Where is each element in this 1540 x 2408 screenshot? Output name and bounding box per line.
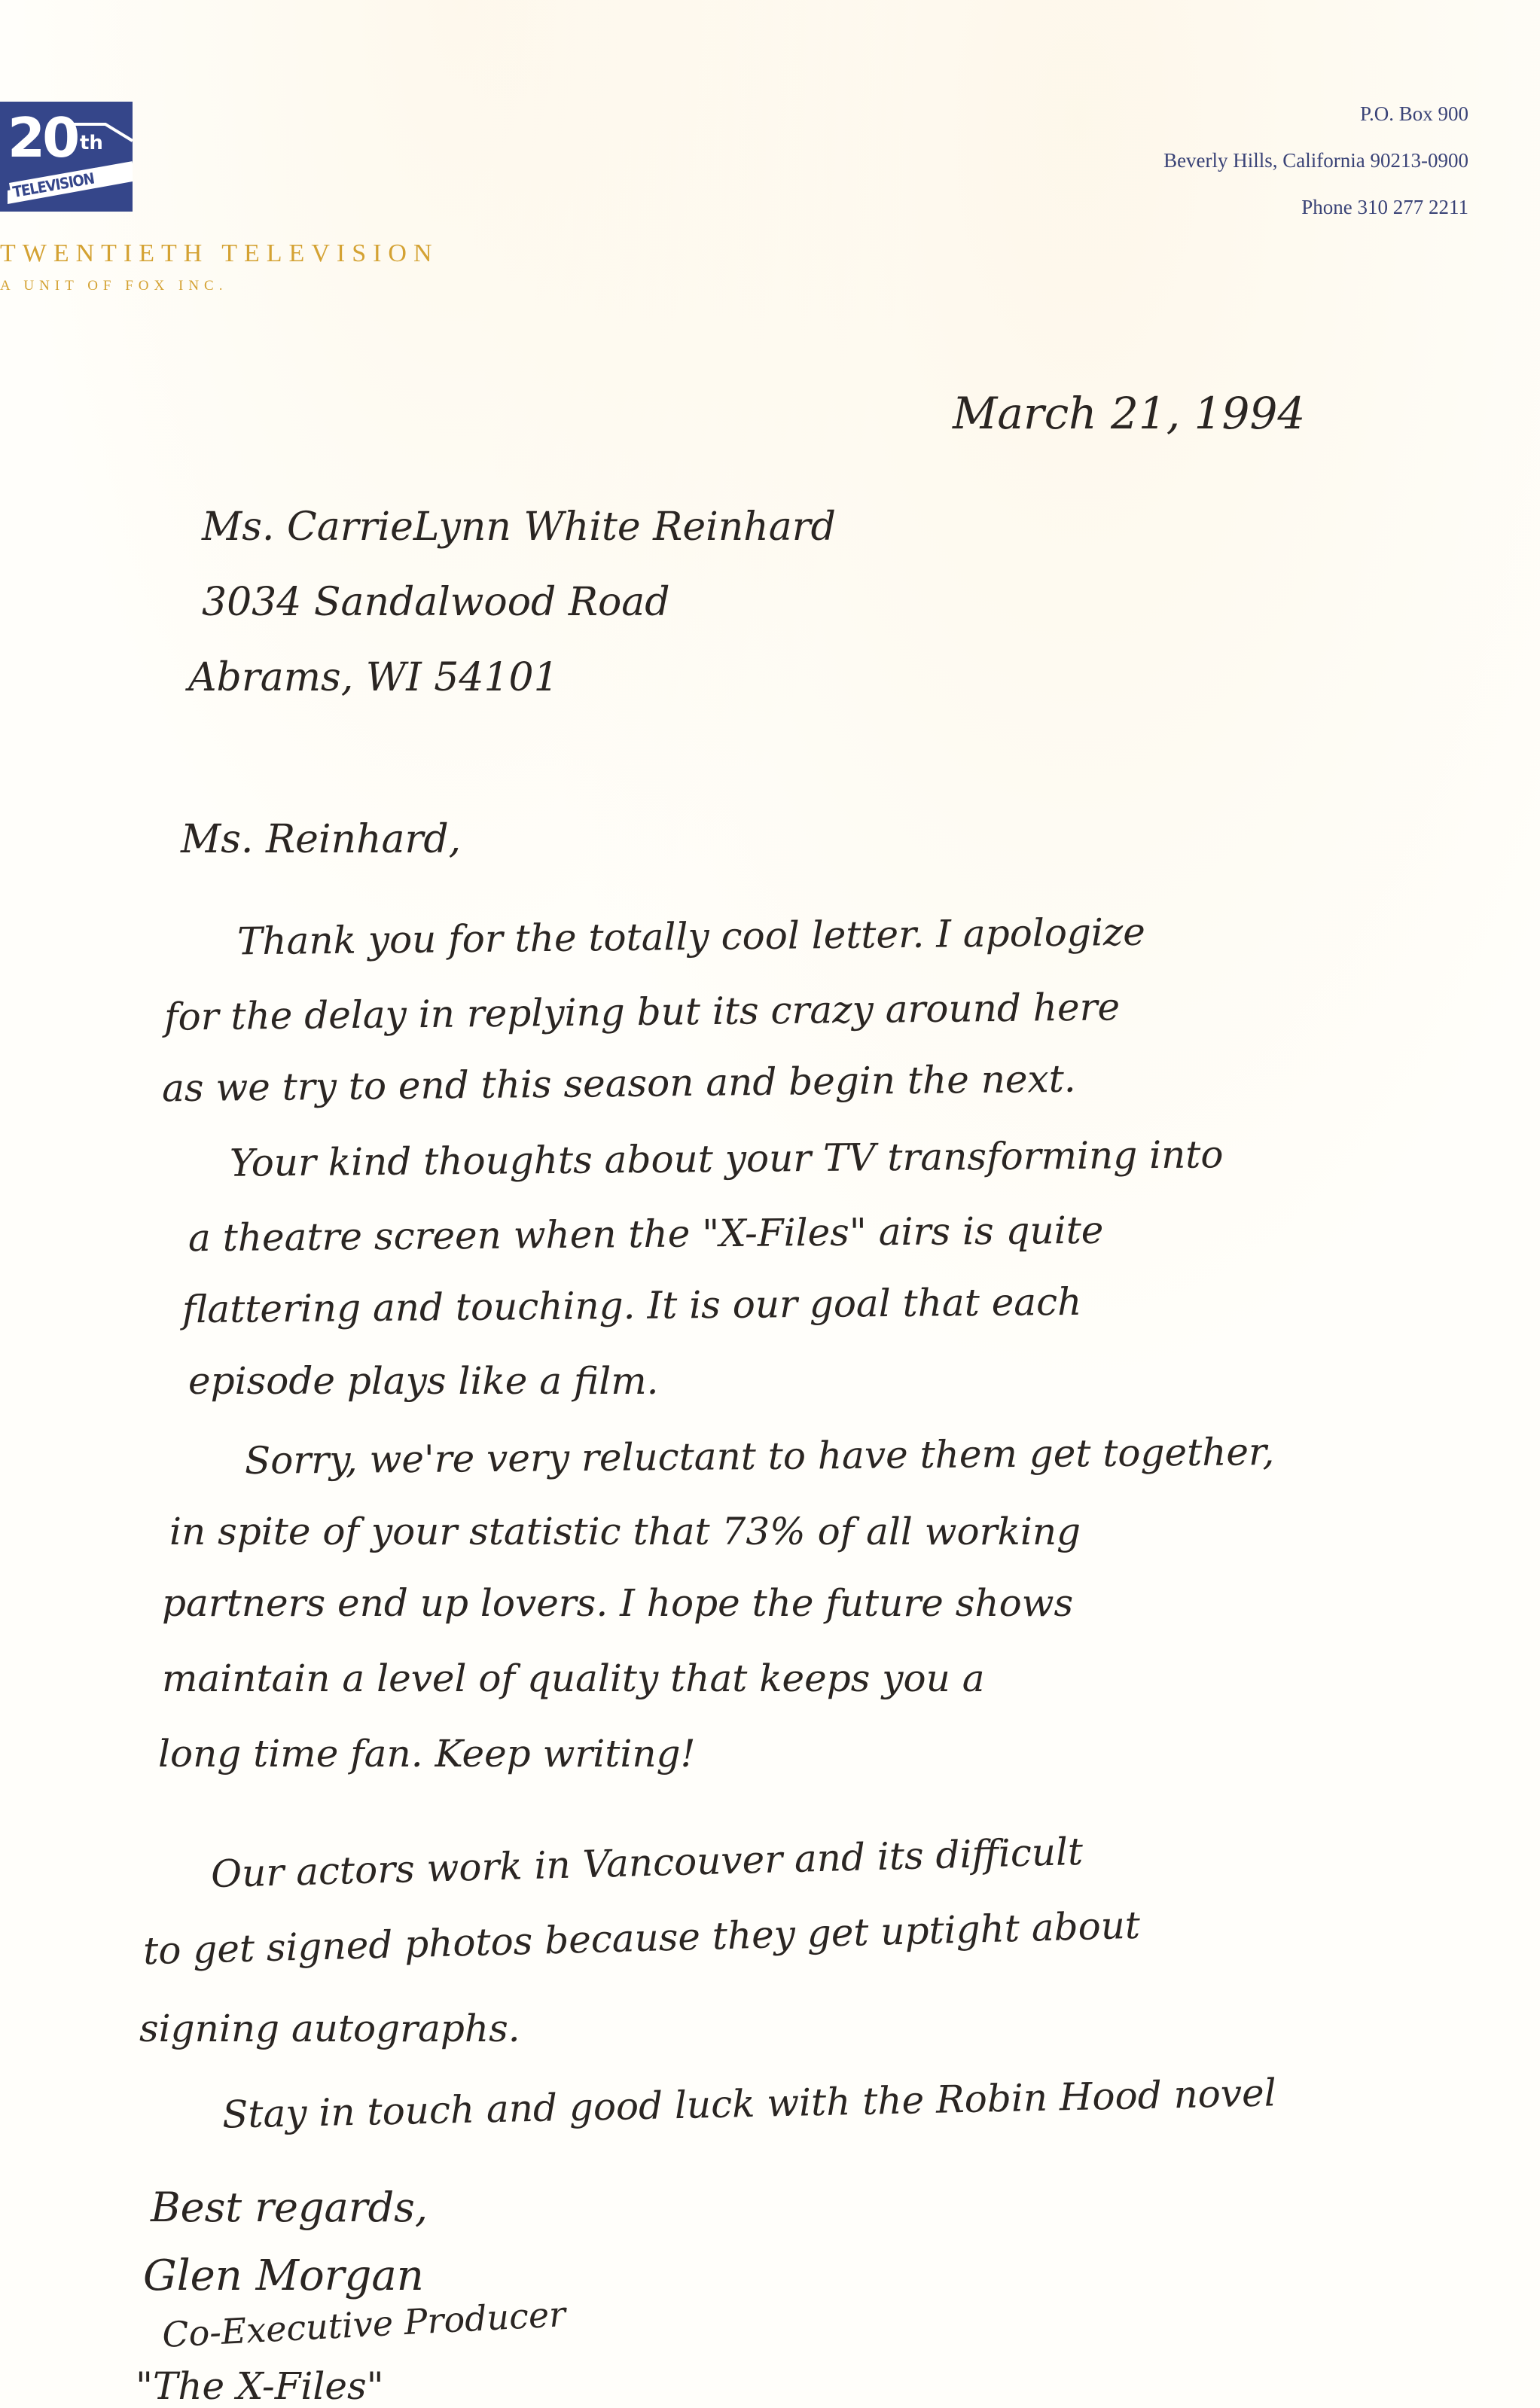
body-line: Thank you for the totally cool letter. I… [237, 910, 1145, 964]
company-subtitle: A UNIT OF FOX INC. [0, 278, 227, 294]
recipient-city: Abrams, WI 54101 [188, 655, 559, 700]
logo-number: 20 [8, 111, 77, 165]
signer-show: "The X-Files" [136, 2364, 384, 2408]
company-name: TWENTIETH TELEVISION [0, 239, 439, 268]
body-line: Sorry, we're very reluctant to have them… [245, 1430, 1275, 1483]
body-line: for the delay in replying but its crazy … [164, 985, 1121, 1038]
body-line: Stay in touch and good luck with the Rob… [222, 2071, 1277, 2136]
body-line: long time fan. Keep writing! [158, 1732, 696, 1776]
body-line: episode plays like a film. [188, 1359, 659, 1403]
twentieth-television-logo: 20 th TELEVISION [0, 102, 133, 212]
closing: Best regards, [151, 2184, 428, 2231]
body-line: flattering and touching. It is our goal … [182, 1280, 1082, 1331]
recipient-name: Ms. CarrieLynn White Reinhard [202, 504, 836, 550]
address-po-box: P.O. Box 900 [1163, 90, 1468, 137]
body-line: Our actors work in Vancouver and its dif… [210, 1830, 1083, 1896]
body-line: a theatre screen when the "X-Files" airs… [188, 1209, 1104, 1260]
letterhead-address: P.O. Box 900 Beverly Hills, California 9… [1163, 90, 1468, 230]
address-city: Beverly Hills, California 90213-0900 [1163, 137, 1468, 184]
body-line: maintain a level of quality that keeps y… [162, 1657, 985, 1700]
recipient-street: 3034 Sandalwood Road [202, 580, 670, 625]
letter-date: March 21, 1994 [953, 388, 1305, 439]
body-line: to get signed photos because they get up… [142, 1904, 1140, 1974]
signer-title: Co-Executive Producer [161, 2294, 566, 2355]
body-line: partners end up lovers. I hope the futur… [162, 1581, 1073, 1625]
body-line: as we try to end this season and begin t… [162, 1057, 1076, 1111]
address-phone: Phone 310 277 2211 [1163, 184, 1468, 230]
body-line: Your kind thoughts about your TV transfo… [230, 1132, 1224, 1185]
salutation: Ms. Reinhard, [181, 817, 461, 862]
signature: Glen Morgan [143, 2251, 424, 2300]
body-line: in spite of your statistic that 73% of a… [169, 1510, 1081, 1553]
body-line: signing autographs. [139, 2007, 520, 2050]
logo-superscript: th [80, 132, 103, 154]
